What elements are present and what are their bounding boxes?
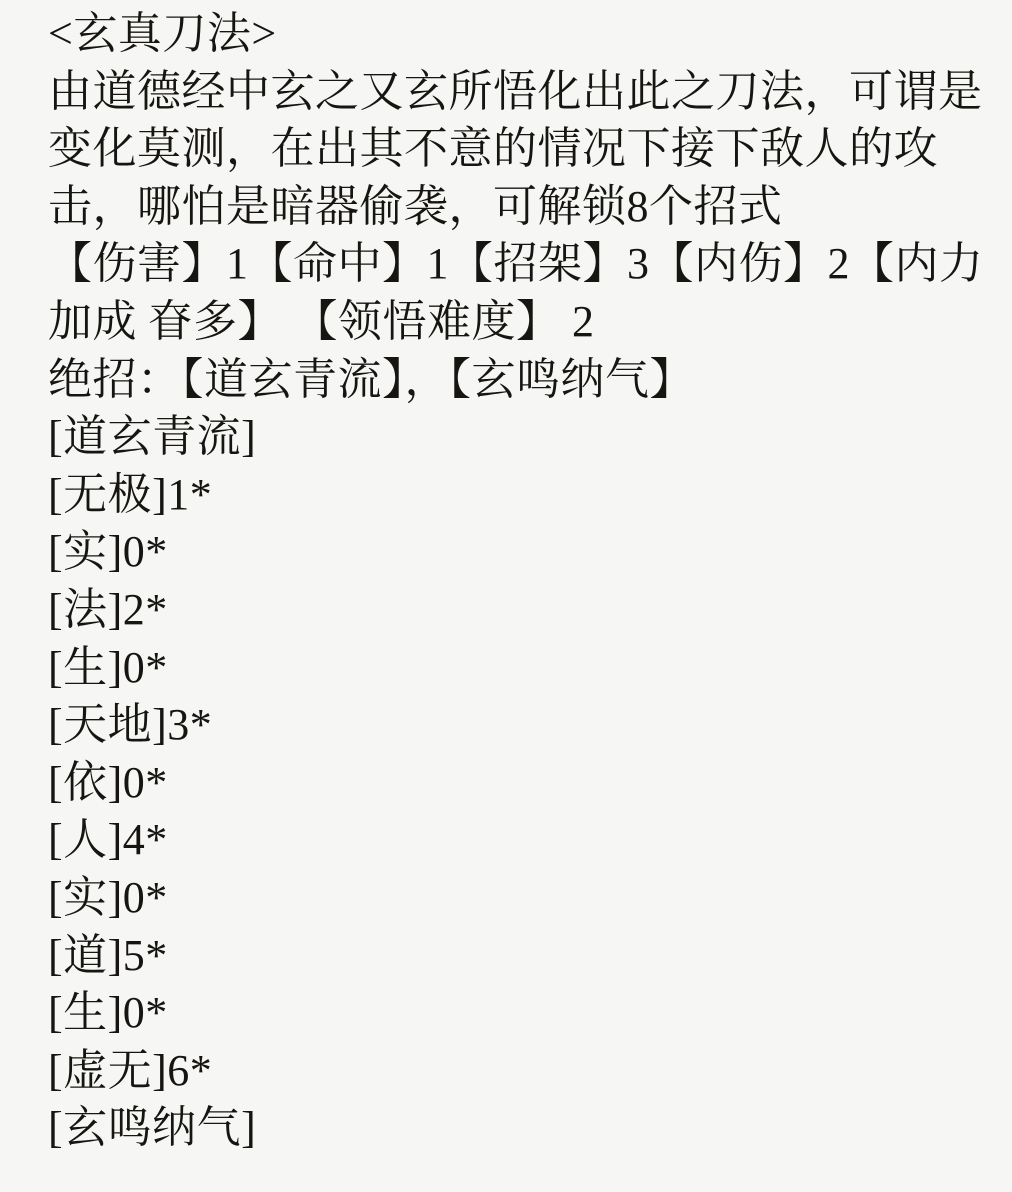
sequence-move-ren: [人]4* [48,811,1000,869]
sequence-move-sheng-2: [生]0* [48,984,1000,1042]
description-line-1: 由道德经中玄之又玄所悟化出此之刀法，可谓是 [48,63,1000,121]
sequence-move-dao: [道]5* [48,927,1000,985]
sequence-move-xuwu: [虚无]6* [48,1042,1000,1100]
sequence-header-daoxuanqingliu: [道玄青流] [48,408,1000,466]
sequence-move-shi-2: [实]0* [48,869,1000,927]
sequence-move-fa: [法]2* [48,581,1000,639]
stats-line-1: 【伤害】1【命中】1【招架】3【内伤】2【内力 [48,235,1000,293]
sequence-move-tiandi: [天地]3* [48,696,1000,754]
description-line-2: 变化莫测，在出其不意的情况下接下敌人的攻 [48,120,1000,178]
ultimate-moves-line: 绝招：【道玄青流】，【玄鸣纳气】 [48,351,1000,409]
description-line-3: 击，哪怕是暗器偷袭，可解锁8个招式 [48,178,1000,236]
sequence-move-yi: [依]0* [48,754,1000,812]
sequence-move-sheng-1: [生]0* [48,639,1000,697]
stats-line-2: 加成 眘多】 【领悟难度】 2 [48,293,1000,351]
skill-title: <玄真刀法> [48,5,1000,63]
sequence-header-xuanmingnaqi: [玄鸣纳气] [48,1099,1000,1157]
sequence-move-wuji: [无极]1* [48,466,1000,524]
skill-document: <玄真刀法> 由道德经中玄之又玄所悟化出此之刀法，可谓是 变化莫测，在出其不意的… [0,0,1012,1192]
sequence-move-shi-1: [实]0* [48,523,1000,581]
